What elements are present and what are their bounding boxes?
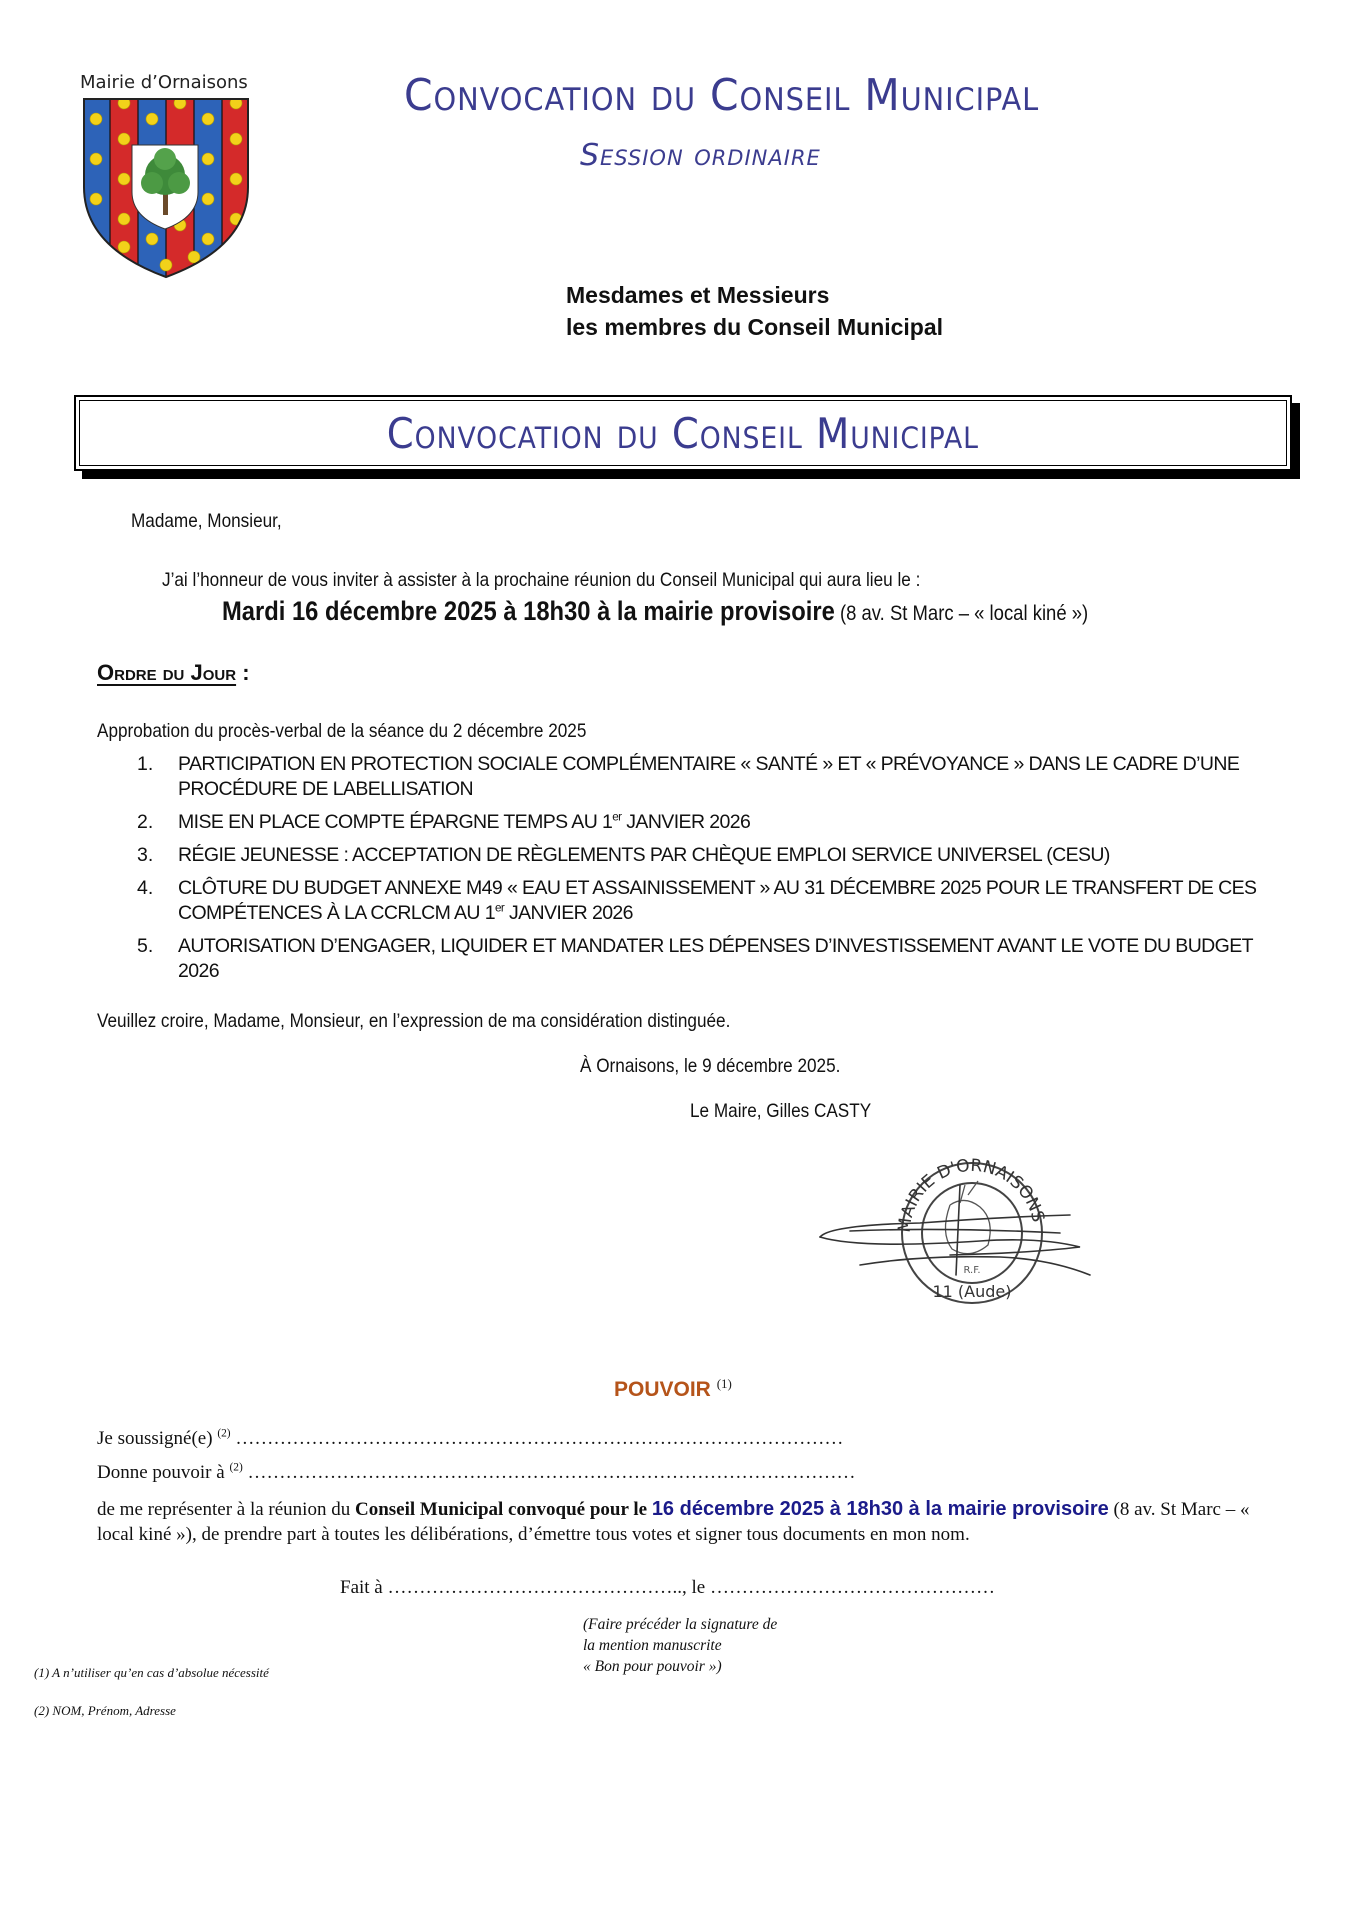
frame-title: Convocation du Conseil Municipal [387, 409, 979, 458]
meeting-details: Mardi 16 décembre 2025 à 18h30 à la mair… [222, 596, 1088, 627]
svg-text:11 (Aude): 11 (Aude) [932, 1282, 1011, 1301]
addressee-block: Mesdames et Messieurs les membres du Con… [566, 279, 943, 343]
pouvoir-title: POUVOIR (1) [614, 1378, 732, 1402]
agenda-item: 4. CLÔTURE DU BUDGET ANNEXE M49 « EAU ET… [137, 876, 1267, 926]
proxy-meeting-date: 16 décembre 2025 à 18h30 à la mairie pro… [652, 1498, 1109, 1520]
svg-text:MAIRIE D'ORNAISONS: MAIRIE D'ORNAISONS [895, 1156, 1048, 1234]
title-frame: Convocation du Conseil Municipal [74, 395, 1292, 471]
proxy-field[interactable]: Donne pouvoir à (2) ……………………………………………………… [97, 1462, 856, 1484]
agenda-heading-text: Ordre du Jour [97, 660, 236, 685]
soussigne-blank[interactable]: …………………………………………………………………………………… [231, 1428, 844, 1449]
footnote-2: (2) NOM, Prénom, Adresse [34, 1703, 176, 1719]
mairie-label: Mairie d’Ornaisons [80, 72, 248, 93]
agenda-item: 3. RÉGIE JEUNESSE : ACCEPTATION DE RÈGLE… [137, 843, 1267, 868]
agenda-item: 5. AUTORISATION D’ENGAGER, LIQUIDER ET M… [137, 934, 1267, 984]
agenda-item: 1. PARTICIPATION EN PROTECTION SOCIALE C… [137, 752, 1267, 802]
svg-text:R.F.: R.F. [963, 1265, 980, 1276]
coat-of-arms-icon [82, 97, 250, 279]
agenda-heading: Ordre du Jour : [97, 660, 250, 686]
addressee-line-1: Mesdames et Messieurs [566, 279, 943, 311]
official-stamp-icon: MAIRIE D'ORNAISONS 11 (Aude) R.F. [800, 1145, 1100, 1315]
fait-a-field[interactable]: Fait à ……………………………………….., le ……………………………… [340, 1577, 995, 1599]
proxy-statement: de me représenter à la réunion du Consei… [97, 1497, 1277, 1547]
signature-note: (Faire précéder la signature de la menti… [583, 1614, 777, 1677]
agenda-item: 2. MISE EN PLACE COMPTE ÉPARGNE TEMPS AU… [137, 810, 1267, 835]
invitation-text: J’ai l’honneur de vous inviter à assiste… [162, 569, 920, 592]
meeting-location: (8 av. St Marc – « local kiné ») [835, 602, 1088, 625]
agenda-approval: Approbation du procès-verbal de la séanc… [97, 720, 586, 743]
place-and-date: À Ornaisons, le 9 décembre 2025. [580, 1055, 840, 1078]
mayor-signature-name: Le Maire, Gilles CASTY [690, 1100, 871, 1123]
salutation: Madame, Monsieur, [131, 510, 282, 533]
closing-formula: Veuillez croire, Madame, Monsieur, en l’… [97, 1010, 730, 1033]
soussigne-field[interactable]: Je soussigné(e) (2) ……………………………………………………… [97, 1428, 843, 1450]
proxy-blank[interactable]: …………………………………………………………………………………… [243, 1462, 856, 1483]
agenda-list: 1. PARTICIPATION EN PROTECTION SOCIALE C… [137, 752, 1267, 992]
header-title: Convocation du Conseil Municipal [404, 70, 1039, 121]
addressee-line-2: les membres du Conseil Municipal [566, 311, 943, 343]
header-subtitle: Session ordinaire [580, 138, 821, 173]
meeting-date-time: Mardi 16 décembre 2025 à 18h30 à la mair… [222, 596, 835, 626]
footnote-1: (1) A n’utiliser qu’en cas d’absolue néc… [34, 1665, 269, 1681]
